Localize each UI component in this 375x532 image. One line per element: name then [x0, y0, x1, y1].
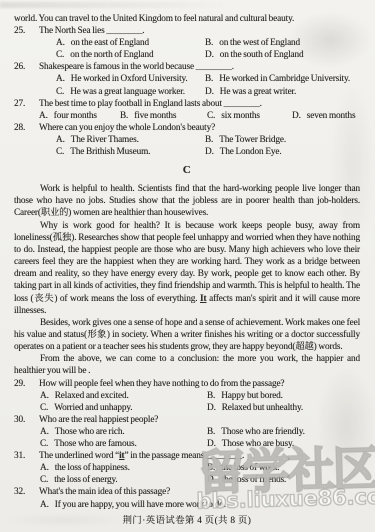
option-label: D.: [205, 146, 214, 158]
option-label: B.: [205, 134, 213, 146]
question-number: 30.: [14, 414, 39, 426]
text-run: How will people feel when they have noth…: [39, 379, 284, 389]
question-stem: 27.The best time to play football in Eng…: [14, 98, 360, 110]
text-run: From the above, we can come to a conclus…: [14, 354, 360, 376]
option-text: Those who are rich.: [55, 427, 125, 437]
passage-paragraph: From the above, we can come to a conclus…: [14, 353, 360, 377]
text-run: ” in the passage means ________.: [124, 451, 244, 461]
question-stem: 29.How will people feel when they have n…: [14, 378, 360, 390]
footer-row: 荆门·英语试卷第 4 页(共 8 页): [14, 515, 360, 527]
passage-paragraph: Besides, work gives one a sense of hope …: [14, 317, 360, 353]
text-run: Where can you enjoy the whole London's b…: [39, 123, 215, 133]
option-A: A.The River Thames.: [56, 134, 205, 146]
option-D: D.seven months: [292, 110, 360, 122]
text-run: Besides, work gives one a sense of hope …: [14, 318, 360, 352]
option-label: B.: [120, 110, 128, 122]
option-label: C.: [40, 438, 48, 450]
option-C: C.The Brithish Museum.: [56, 146, 205, 158]
option-text: the loss of work.: [221, 463, 279, 473]
question-32: 32.What's the main idea of this passage?…: [14, 486, 360, 510]
option-text: four months: [54, 111, 97, 121]
option-label: A.: [56, 73, 65, 85]
question-number: 32.: [14, 486, 39, 498]
question-number: 25.: [14, 25, 39, 37]
option-C: C.six months: [207, 110, 292, 122]
option-text: Those who are friendly.: [221, 427, 305, 437]
option-text: Those who are famous.: [54, 439, 136, 449]
option-label: C.: [40, 402, 48, 414]
passage-paragraph: Work is helpful to health. Scientists fi…: [14, 183, 360, 219]
option-label: D.: [207, 438, 216, 450]
option-label: D.: [205, 86, 214, 98]
option-B: B.on the west of England: [205, 37, 360, 49]
question-26: 26.Shakespeare is famous in the world be…: [14, 61, 360, 97]
option-text: on the north of England: [70, 50, 153, 60]
option-label: C.: [207, 110, 215, 122]
passage-paragraph: Why is work good for health? It is becau…: [14, 220, 360, 317]
text-run: The best time to play football in Englan…: [39, 99, 262, 109]
text-run: Work is helpful to health. Scientists fi…: [14, 184, 360, 218]
option-A: A.the loss of happiness.: [40, 462, 207, 474]
exam-content: world. You can travel to the United King…: [14, 13, 360, 527]
options: A.Those who are rich.B.Those who are fri…: [40, 426, 360, 450]
option-D: D.Relaxed but unhealthy.: [207, 402, 360, 414]
option-label: B.: [205, 37, 213, 49]
option-text: The London Eye.: [220, 147, 282, 157]
option-text: on the east of England: [71, 38, 149, 48]
option-label: D.: [205, 49, 214, 61]
question-number: 29.: [14, 378, 39, 390]
options: A.The River Thames.B.The Tower Bridge.C.…: [56, 134, 360, 158]
option-label: C.: [56, 86, 64, 98]
option-label: A.: [40, 426, 49, 438]
option-A: A.He worked in Oxford University.: [56, 73, 205, 85]
options: A.the loss of happiness.B.the loss of wo…: [40, 462, 360, 486]
option-C: C.the loss of energy.: [40, 474, 207, 486]
option-C: C.He was a great language worker.: [56, 86, 205, 98]
option-C: C.Worried and unhappy.: [40, 402, 207, 414]
question-number: 31.: [14, 450, 39, 462]
option-label: A.: [40, 462, 49, 474]
option-text: five months: [134, 111, 176, 121]
option-text: He worked in Cambridge University.: [219, 74, 350, 84]
text-run: Shakespeare is famous in the world becau…: [39, 62, 234, 72]
option-label: A.: [56, 134, 65, 146]
option-label: B.: [207, 390, 215, 402]
text-run: What's the main idea of this passage?: [39, 487, 170, 497]
option-text: He was a great writer.: [220, 87, 296, 97]
question-stem: 30.Who are the real happiest people?: [14, 414, 360, 426]
question-number: 27.: [14, 98, 39, 110]
exam-page: world. You can travel to the United King…: [0, 0, 375, 532]
option-label: B.: [207, 462, 215, 474]
option-text: the loss of energy.: [54, 475, 117, 485]
option-text: Those who are busy.: [222, 439, 294, 449]
question-stem: 26.Shakespeare is famous in the world be…: [14, 61, 360, 73]
option-B: B.He worked in Cambridge University.: [205, 73, 360, 85]
option-label: C.: [40, 474, 48, 486]
intro-line: world. You can travel to the United King…: [14, 13, 360, 25]
option-text: the loss of happiness.: [55, 463, 130, 473]
option-B: B.The Tower Bridge.: [205, 134, 360, 146]
question-28: 28.Where can you enjoy the whole London'…: [14, 122, 360, 158]
text-run: Who are the real happiest people?: [39, 415, 158, 425]
option-text: He worked in Oxford University.: [71, 74, 188, 84]
option-text: The Brithish Museum.: [70, 147, 150, 157]
question-31: 31.The underlined word “it” in the passa…: [14, 450, 360, 486]
option-label: A.: [40, 390, 49, 402]
option-C: C.Those who are famous.: [40, 438, 207, 450]
option-label: D.: [207, 474, 216, 486]
option-B: B.the loss of work.: [207, 462, 360, 474]
option-text: Worried and unhappy.: [54, 403, 132, 413]
text-run: The underlined word “: [39, 451, 119, 461]
option-B: B.Those who are friendly.: [207, 426, 360, 438]
question-stem: 32.What's the main idea of this passage?: [14, 486, 360, 498]
option-label: C.: [56, 49, 64, 61]
text-run: Why is work good for health? It is becau…: [14, 221, 360, 304]
text-run: The North Sea lies ________.: [39, 26, 145, 36]
option-text: The Tower Bridge.: [219, 135, 286, 145]
options: A.four monthsB.five monthsC.six monthsD.…: [39, 110, 360, 122]
question-number: 28.: [14, 122, 39, 134]
option-label: A.: [56, 37, 65, 49]
option-text: If you are happy, you will have more wor…: [55, 500, 226, 510]
question-stem: 31.The underlined word “it” in the passa…: [14, 450, 360, 462]
section-header: C: [14, 163, 360, 177]
option-label: B.: [207, 426, 215, 438]
options: A.on the east of EnglandB.on the west of…: [56, 37, 360, 61]
option-D: D.Those who are busy.: [207, 438, 360, 450]
option-D: D.on the south of England: [205, 49, 360, 61]
option-D: D.the loss of friends.: [207, 474, 360, 486]
question-stem: 25.The North Sea lies ________.: [14, 25, 360, 37]
question-29: 29.How will people feel when they have n…: [14, 378, 360, 414]
option-label: D.: [292, 110, 301, 122]
option-label: B.: [205, 73, 213, 85]
option-label: A.: [39, 110, 48, 122]
option-text: on the west of England: [219, 38, 300, 48]
questions-part-c: 29.How will people feel when they have n…: [14, 378, 360, 511]
option-B: B.five months: [120, 110, 207, 122]
question-stem-text: Where can you enjoy the whole London's b…: [39, 122, 360, 134]
question-number: 26.: [14, 61, 39, 73]
question-stem-text: The underlined word “it” in the passage …: [39, 450, 360, 462]
option-A: A.Relaxed and excited.: [40, 390, 207, 402]
option-A: A.on the east of England: [56, 37, 205, 49]
option-D: D.The London Eye.: [205, 146, 360, 158]
question-stem-text: The best time to play football in Englan…: [39, 98, 360, 110]
reading-passage: Work is helpful to health. Scientists fi…: [14, 183, 360, 378]
question-stem-text: Shakespeare is famous in the world becau…: [39, 61, 360, 73]
option-A: A.Those who are rich.: [40, 426, 207, 438]
option-B: B.Happy but bored.: [207, 390, 360, 402]
option-label: C.: [56, 146, 64, 158]
option-A: A.four months: [39, 110, 120, 122]
question-stem-text: How will people feel when they have noth…: [39, 378, 360, 390]
scan-smudge: [0, 2, 230, 8]
page-footer: 荆门·英语试卷第 4 页(共 8 页): [123, 516, 252, 526]
option-label: D.: [207, 402, 216, 414]
option-text: Relaxed but unhealthy.: [222, 403, 303, 413]
option-text: on the south of England: [220, 50, 304, 60]
question-30: 30.Who are the real happiest people?A.Th…: [14, 414, 360, 450]
question-stem: 28.Where can you enjoy the whole London'…: [14, 122, 360, 134]
question-stem-text: The North Sea lies ________.: [39, 25, 360, 37]
option-A: A.If you are happy, you will have more w…: [40, 500, 226, 510]
option-text: Relaxed and excited.: [55, 391, 129, 401]
question-27: 27.The best time to play football in Eng…: [14, 98, 360, 122]
option-D: D.He was a great writer.: [205, 86, 360, 98]
questions-part-b: 25.The North Sea lies ________.A.on the …: [14, 25, 360, 158]
question-stem-text: What's the main idea of this passage?: [39, 486, 360, 498]
option-text: The River Thames.: [71, 135, 139, 145]
question-stem-text: Who are the real happiest people?: [39, 414, 360, 426]
options: A.If you are happy, you will have more w…: [40, 499, 360, 511]
option-text: six months: [221, 111, 260, 121]
option-C: C.on the north of England: [56, 49, 205, 61]
option-text: Happy but bored.: [221, 391, 283, 401]
option-text: seven months: [307, 111, 356, 121]
option-text: the loss of friends.: [222, 475, 286, 485]
option-text: He was a great language worker.: [70, 87, 185, 97]
question-25: 25.The North Sea lies ________.A.on the …: [14, 25, 360, 61]
options: A.Relaxed and excited.B.Happy but bored.…: [40, 390, 360, 414]
option-label: A.: [40, 499, 49, 511]
options: A.He worked in Oxford University.B.He wo…: [56, 73, 360, 97]
